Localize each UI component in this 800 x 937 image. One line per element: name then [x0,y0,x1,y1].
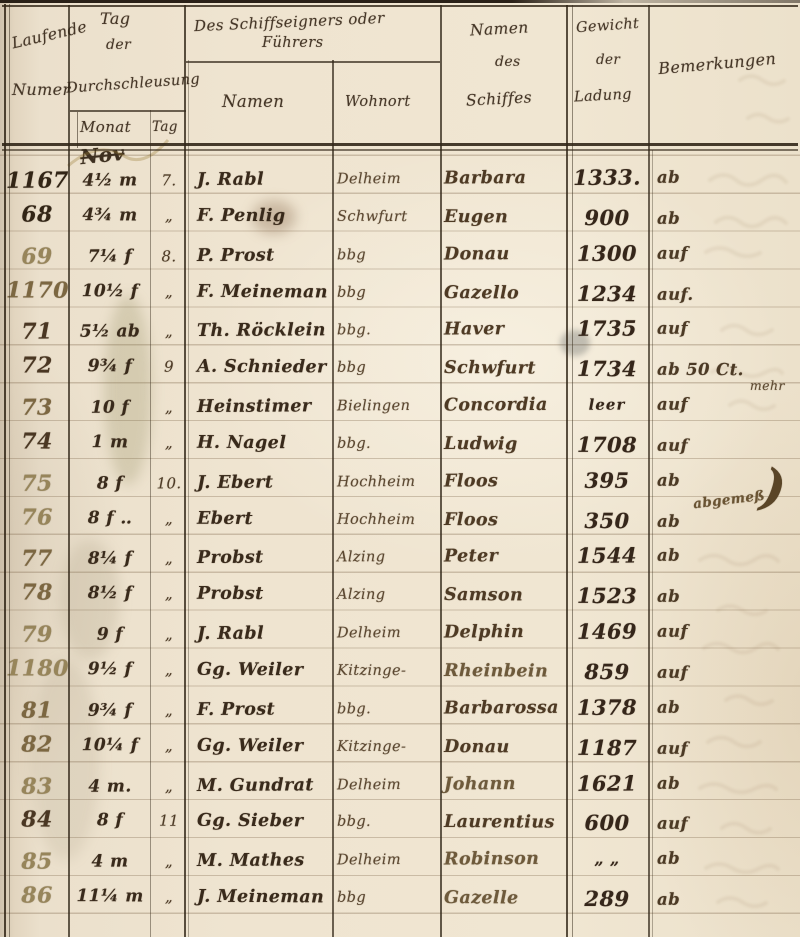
cell-schiffer-name: J. Ebert [197,472,273,492]
table-row: 79 9 f „ J. Rabl Delheim Delphin 1469 au… [0,613,800,656]
header-tag-l1: Tag [100,9,130,28]
cell-schiffsname: Donau [444,737,510,757]
table-row: 83 4 m. „ M. Gundrat Delheim Johann 1621… [0,764,800,807]
cell-schiffsname: Haver [444,319,505,339]
cell-monat-zeit: 8 f [70,473,150,493]
cell-tag: „ [151,206,187,224]
cell-laufende-nummer: 86 [6,882,68,908]
cell-bemerkung: ab [657,470,680,489]
cell-gewicht: 1621 [566,770,648,796]
cell-schiffer-name: P. Prost [197,245,275,265]
cell-bemerkung: ab [657,773,680,792]
cell-schiffsname: Rheinbein [444,661,548,682]
cell-schiffsname: Floos [444,471,498,491]
cell-schiffer-name: J. Meineman [197,887,324,908]
cell-schiffer-name: Ebert [197,508,253,528]
table-row: 1180 9½ f „ Gg. Weiler Kitzinge- Rheinbe… [0,651,800,693]
header-schiffer-l1: Des Schiffseigners oder [194,9,385,35]
cell-schiffer-name: M. Mathes [197,850,305,871]
cell-laufende-nummer: 75 [6,470,68,496]
header-schiffer-l2: Führers [262,35,323,51]
cell-schiffer-name: Probst [197,548,264,568]
cell-bemerkung: auf [657,395,688,414]
cell-monat-zeit: 4 m [70,851,150,871]
cell-tag: „ [151,585,187,603]
cell-wohnort: Kitzinge- [337,738,406,754]
cell-monat-zeit: 9¾ f [70,700,150,720]
table-row: 86 11¼ m „ J. Meineman bbg Gazelle 289 a… [0,878,800,920]
cell-gewicht: „ „ [566,849,648,869]
cell-schiffer-name: Probst [197,584,264,604]
cell-wohnort: Delheim [337,776,401,792]
cell-laufende-nummer: 1180 [6,655,68,681]
table-row: 1170 10½ f „ F. Meineman bbg Gazello 123… [0,272,800,314]
cell-schiffsname: Barbarossa [444,698,559,719]
cell-laufende-nummer: 79 [6,622,68,648]
cell-monat-zeit: 8 f ‥ [70,508,150,528]
table-row: 71 5½ ab „ Th. Röcklein bbg. Haver 1735 … [0,310,800,353]
cell-tag: „ [151,433,187,451]
cell-wohnort: Alzing [337,549,386,565]
cell-schiffer-name: Gg. Weiler [197,735,303,756]
cell-schiffer-name: A. Schnieder [197,357,327,378]
cell-schiffsname: Floos [444,510,498,530]
header-sub-monat: Monat [80,118,131,136]
cell-monat-zeit: 9¾ f [70,356,150,376]
header-sub-wohnort: Wohnort [345,94,411,110]
table-row: 69 7¼ f 8. P. Prost bbg Donau 1300 auf [0,234,800,277]
header-bemerkungen: Bemerkungen [657,49,776,78]
table-row: 1167 4½ m 7. J. Rabl Delheim Barbara 133… [0,159,800,202]
cell-laufende-nummer: 68 [6,201,68,227]
table-row: 82 10¼ f „ Gg. Weiler Kitzinge- Donau 11… [0,727,800,769]
cell-schiffsname: Laurentius [444,812,555,833]
cell-bemerkung: auf [657,814,688,833]
cell-monat-zeit: 7¼ f [70,246,150,266]
cell-schiffer-name: F. Penlig [197,206,286,226]
cell-bemerkung: ab [657,511,680,530]
header-gewicht-l2: der [596,52,620,68]
cell-schiffsname: Schwfurt [444,358,536,378]
cell-laufende-nummer: 71 [6,319,68,345]
cell-schiffer-name: F. Prost [197,699,275,719]
cell-wohnort: Delheim [337,852,401,868]
cell-tag: „ [151,736,187,754]
cell-wohnort: Kitzinge- [337,663,406,679]
cell-schiffer-name: J. Rabl [197,170,264,190]
cell-monat-zeit: 11¼ m [70,886,150,906]
cell-tag: „ [151,777,187,795]
table-row: 75 8 f 10. J. Ebert Hochheim Floos 395 a… [0,461,800,504]
cell-tag: „ [151,323,187,341]
table-rule-horizontal [70,110,186,112]
cell-tag: 8. [151,247,187,265]
cell-gewicht: 1378 [566,694,648,720]
table-row: 68 4¾ m „ F. Penlig Schwfurt Eugen 900 a… [0,197,800,239]
cell-bemerkung: ab [657,697,680,716]
cell-schiffer-name: Gg. Weiler [197,660,303,681]
cell-laufende-nummer: 83 [6,773,68,799]
cell-schiffer-name: H. Nagel [197,433,286,453]
cell-monat-zeit: 9½ f [70,659,150,679]
cell-bemerkung: ab [657,849,680,868]
cell-bemerkung: auf. [657,284,694,303]
cell-laufende-nummer: 72 [6,353,68,379]
header-numer: Numer [12,80,71,99]
cell-laufende-nummer: 1167 [6,167,68,193]
cell-gewicht: 1469 [566,619,648,645]
cell-laufende-nummer: 1170 [6,277,68,303]
cell-tag: „ [151,282,187,300]
cell-tag: „ [151,625,187,643]
cell-bemerkung: ab [657,890,680,909]
cell-gewicht: 395 [566,467,648,493]
cell-laufende-nummer: 84 [6,807,68,833]
cell-laufende-nummer: 74 [6,428,68,454]
cell-schiffer-name: F. Meineman [197,281,328,302]
header-sub-namen: Namen [222,92,284,111]
cell-laufende-nummer: 76 [6,504,68,530]
cell-monat-zeit: 4 m. [70,776,150,796]
cell-schiffsname: Delphin [444,622,524,642]
cell-laufende-nummer: 82 [6,731,68,757]
cell-tag: „ [151,661,187,679]
table-row: 73 10 f „ Heinstimer Bielingen Concordia… [0,386,800,429]
cell-gewicht: 1708 [566,432,648,457]
cell-gewicht: 1300 [566,240,648,266]
cell-tag: „ [151,888,187,906]
header-tag-l3: Durchschleusung [66,71,201,96]
cell-schiffsname: Samson [444,585,523,605]
table-row: 78 8½ f „ Probst Alzing Samson 1523 ab [0,575,800,617]
cell-schiffer-name: Th. Röcklein [197,321,326,342]
cell-bemerkung: auf [657,622,688,641]
cell-monat-zeit: 8¼ f [70,549,150,569]
cell-schiffsname: Barbara [444,168,526,189]
cell-monat-zeit: 8 f [70,810,150,830]
cell-gewicht: 1734 [566,356,648,381]
cell-gewicht: 1544 [566,543,648,569]
cell-wohnort: Hochheim [337,511,415,527]
cell-schiffsname: Donau [444,244,510,264]
cell-bemerkung: ab 50 Ct. [657,360,744,379]
cell-gewicht: 1735 [566,316,648,342]
cell-monat-zeit: 10¼ f [70,735,150,755]
cell-wohnort: bbg. [337,701,371,717]
cell-laufende-nummer: 81 [6,697,68,723]
cell-schiffer-name: Heinstimer [197,396,312,417]
cell-schiffsname: Peter [444,547,498,567]
cell-monat-zeit: 10½ f [70,281,150,301]
cell-gewicht: 350 [566,507,648,532]
cell-gewicht: 1523 [566,583,648,608]
table-row: 81 9¾ f „ F. Prost bbg. Barbarossa 1378 … [0,688,800,731]
cell-wohnort: Schwfurt [337,208,408,224]
cell-laufende-nummer: 73 [6,394,68,420]
cell-schiffsname: Robinson [444,849,539,870]
cell-wohnort: Bielingen [337,398,410,414]
table-row: 76 8 f ‥ „ Ebert Hochheim Floos 350 ab [0,499,800,541]
cell-tag: „ [151,701,187,719]
cell-monat-zeit: 1 m [70,432,150,452]
cell-gewicht: 900 [566,205,648,230]
header-schiff-l3: Schiffes [466,88,533,109]
cell-laufende-nummer: 69 [6,243,68,269]
table-row: 77 8¼ f „ Probst Alzing Peter 1544 ab [0,537,800,580]
cell-wohnort: bbg. [337,436,371,452]
cell-monat-zeit: 5½ ab [70,322,150,342]
cell-tag: 11 [151,812,187,830]
header-tag-l2: der [106,37,131,53]
cell-schiffsname: Gazelle [444,888,519,908]
cell-gewicht: 600 [566,810,648,835]
cell-monat-zeit: 8½ f [70,583,150,603]
cell-bemerkung: auf [657,319,688,338]
cell-wohnort: bbg [337,247,366,263]
table-row: 84 8 f 11 Gg. Sieber bbg. Laurentius 600… [0,802,800,844]
cell-schiffsname: Concordia [444,395,548,416]
header-gewicht-l1: Gewicht [576,16,640,36]
table-rule-horizontal [2,5,798,7]
cell-wohnort: bbg. [337,323,371,339]
cell-bemerkung: ab [657,208,680,227]
cell-gewicht: 1333. [566,164,648,190]
cell-bemerkung: auf [657,436,688,455]
cell-bemerkung: ab [657,546,680,565]
cell-bemerkung: auf [657,663,688,682]
cell-schiffer-name: Gg. Sieber [197,811,303,832]
cell-wohnort: Delheim [337,171,401,187]
cell-schiffsname: Johann [444,774,516,794]
cell-wohnort: Alzing [337,587,386,603]
header-gewicht-l3: Ladung [574,86,633,105]
cell-tag: 7. [151,171,187,189]
cell-tag: 10. [151,474,187,492]
cell-wohnort: bbg [337,360,366,376]
cell-wohnort: bbg [337,890,366,906]
table-row: 72 9¾ f 9 A. Schnieder bbg Schwfurt 1734… [0,348,800,390]
cell-wohnort: bbg. [337,814,371,830]
cell-gewicht: 1187 [566,734,648,759]
cell-wohnort: Delheim [337,625,401,641]
table-rule-vertical [77,112,78,148]
cell-bemerkung: ab [657,587,680,606]
cell-laufende-nummer: 77 [6,546,68,572]
cell-tag: „ [151,550,187,568]
header-schiff-l2: des [495,54,521,70]
cell-gewicht: 289 [566,886,648,911]
cell-tag: „ [151,509,187,527]
cell-schiffsname: Ludwig [444,434,518,454]
cell-laufende-nummer: 78 [6,580,68,606]
cell-bemerkung: auf [657,738,688,757]
cell-tag: „ [151,398,187,416]
cell-bemerkung: ab [657,168,680,187]
cell-monat-zeit: 4½ m [70,170,150,190]
header-schiff-l1: Namen [470,18,530,39]
cell-gewicht: 859 [566,659,648,684]
cell-wohnort: Hochheim [337,474,415,490]
cell-tag: „ [151,852,187,870]
cell-monat-zeit: 10 f [70,397,150,417]
table-row: 74 1 m „ H. Nagel bbg. Ludwig 1708 auf [0,424,800,466]
cell-monat-zeit: 4¾ m [70,205,150,225]
table-rule-horizontal [186,61,440,63]
cell-tag: 9 [151,358,187,376]
cell-gewicht: 1234 [566,280,648,305]
cell-schiffer-name: M. Gundrat [197,775,314,796]
cell-gewicht: leer [566,395,648,414]
cell-schiffsname: Gazello [444,282,519,302]
header-sub-tag: Tag [152,119,178,135]
cell-bemerkung: auf [657,243,688,262]
cell-laufende-nummer: 85 [6,849,68,875]
table-row: 85 4 m „ M. Mathes Delheim Robinson „ „ … [0,840,800,883]
cell-monat-zeit: 9 f [70,624,150,644]
cell-schiffsname: Eugen [444,207,508,227]
ledger-page: Laufende Numer Tag der Durchschleusung M… [0,0,800,937]
cell-wohnort: bbg [337,284,366,300]
cell-schiffer-name: J. Rabl [197,624,264,644]
header-laufende: Laufende [10,18,89,53]
table-body: 1167 4½ m 7. J. Rabl Delheim Barbara 133… [0,161,800,918]
